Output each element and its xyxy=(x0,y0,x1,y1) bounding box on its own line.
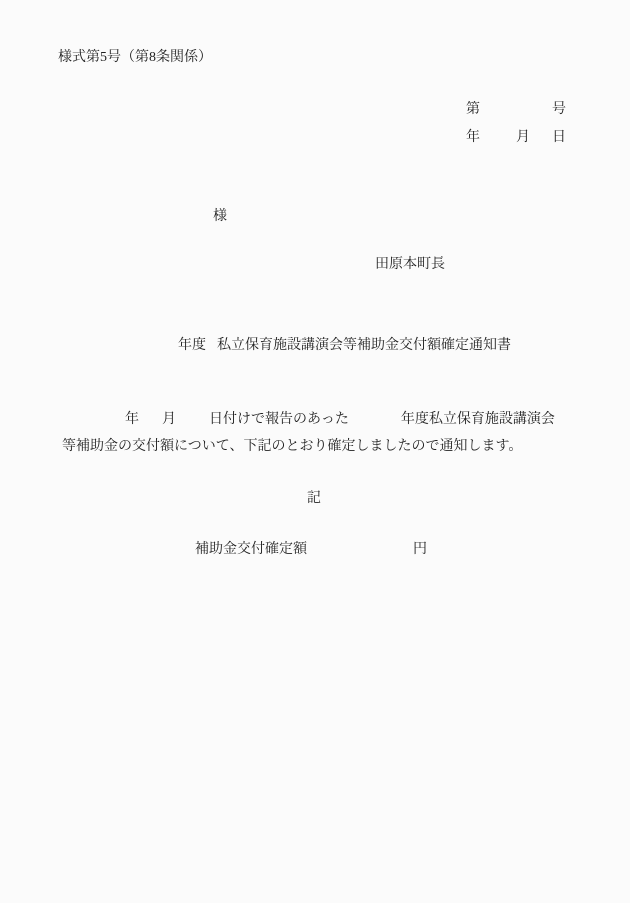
body-reported-text: 日付けで報告のあった xyxy=(209,412,349,427)
date-day-label: 日 xyxy=(552,130,566,145)
date-month-blank xyxy=(480,137,516,138)
date-year-label: 年 xyxy=(466,130,480,145)
sender-title: 田原本町長 xyxy=(375,257,445,273)
date-day-blank xyxy=(530,137,552,138)
body-month-blank xyxy=(139,419,162,420)
body-fiscal-year-blank xyxy=(349,419,401,420)
doc-number-prefix: 第 xyxy=(466,102,480,117)
document-title: 年度私立保育施設講演会等補助金交付額確定通知書 xyxy=(178,338,511,354)
document-page: 様式第5号（第8条関係） 第号 年月日 様 田原本町長 年度私立保育施設講演会等… xyxy=(0,0,630,903)
doc-number-blank xyxy=(480,109,552,110)
body-year-label: 年 xyxy=(125,412,139,427)
amount-blank xyxy=(307,549,413,550)
title-main: 私立保育施設講演会等補助金交付額確定通知書 xyxy=(217,338,511,353)
doc-number-suffix: 号 xyxy=(552,102,566,117)
body-month-label: 月 xyxy=(162,412,176,427)
body-day-blank xyxy=(176,419,209,420)
amount-unit: 円 xyxy=(413,542,427,557)
document-date-line: 年月日 xyxy=(466,130,566,146)
record-marker: 記 xyxy=(307,491,321,507)
addressee-honorific: 様 xyxy=(213,209,227,225)
body-paragraph-line2: 等補助金の交付額について、下記のとおり確定しましたので通知します。 xyxy=(62,439,522,455)
body-fiscal-continuation: 年度私立保育施設講演会 xyxy=(401,412,555,427)
title-fiscal-year-suffix: 年度 xyxy=(178,338,206,353)
amount-line: 補助金交付確定額円 xyxy=(195,542,427,558)
title-gap xyxy=(206,345,217,346)
body-paragraph-line1: 年月日付けで報告のあった年度私立保育施設講演会 xyxy=(125,412,555,428)
document-number-line: 第号 xyxy=(466,102,566,118)
amount-label: 補助金交付確定額 xyxy=(195,542,307,557)
form-number: 様式第5号（第8条関係） xyxy=(58,50,212,66)
date-month-label: 月 xyxy=(516,130,530,145)
